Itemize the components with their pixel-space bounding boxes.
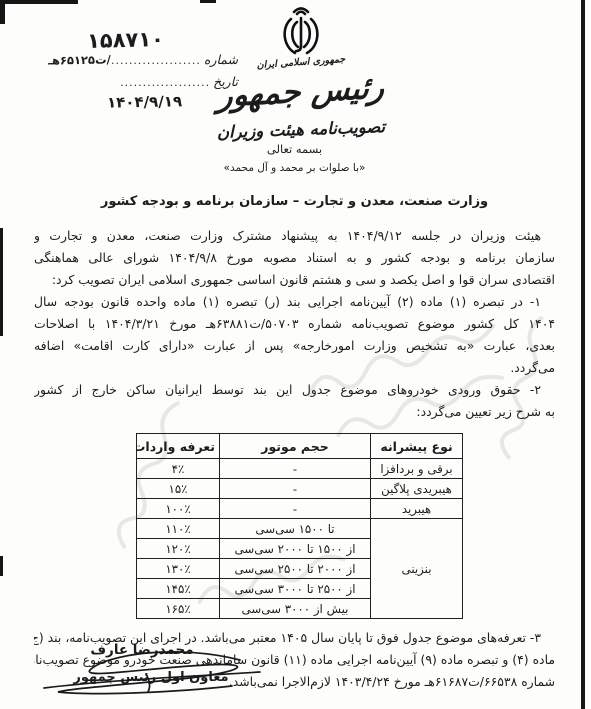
tariff-cell: ۱۳۰٪ bbox=[137, 559, 220, 579]
clause2-line: به شرح زیر تعیین می‌گردد: bbox=[34, 401, 555, 423]
office-title-calligraphy: رئیس جمهور bbox=[194, 68, 409, 115]
col-header-propulsion-type: نوع پیشرانه bbox=[371, 434, 463, 459]
engine-volume-cell: تا ۱۵۰۰ سی‌سی bbox=[220, 519, 371, 539]
tariff-cell: ۱۴۵٪ bbox=[137, 579, 220, 599]
tariff-cell: ۴٪ bbox=[137, 459, 220, 479]
clause2-line: ۲- حقوق ورودی خودروهای موضوع جدول این بن… bbox=[34, 379, 555, 401]
engine-volume-cell: از ۱۵۰۰ تا ۲۰۰۰ سی‌سی bbox=[220, 539, 371, 559]
document-body: بسمه تعالی «با صلوات بر محمد و آل محمد» … bbox=[34, 142, 555, 693]
intro-line: هیئت وزیران در جلسه ۱۴۰۴/۹/۱۲ به پیشنهاد… bbox=[34, 225, 555, 247]
engine-volume-cell: بیش از ۳۰۰۰ سی‌سی bbox=[220, 599, 371, 619]
clause1-line: ۱۴۰۴ کل کشور موضوع تصویب‌نامه شماره ۵۰۷۰… bbox=[34, 313, 555, 335]
engine-volume-cell: از ۲۰۰۰ تا ۲۵۰۰ سی‌سی bbox=[220, 559, 371, 579]
tariff-cell: ۱۲۰٪ bbox=[137, 539, 220, 559]
propulsion-type-cell: هیبریدی پلاگین bbox=[371, 479, 463, 499]
handwritten-number-suffix: /ت۶۵۱۲۵هـ bbox=[48, 52, 111, 67]
col-header-import-tariff: تعرفه واردات bbox=[137, 434, 220, 459]
invocation: بسمه تعالی bbox=[34, 142, 555, 156]
tariff-cell: ۱۱۰٪ bbox=[137, 519, 220, 539]
table-row: برقی و بردافزا - ۴٪ bbox=[137, 459, 463, 479]
clause1-line: ۱- در تبصره (۱) ماده (۲) آیین‌نامه اجرای… bbox=[34, 291, 555, 313]
clause1-line: بعدی، عبارت «به تشخیص وزارت امورخارجه» پ… bbox=[34, 335, 555, 357]
document-type-calligraphy: تصویب‌نامه هیئت وزیران bbox=[195, 116, 408, 142]
scan-edge-left-dash bbox=[0, 228, 3, 336]
scan-edge-right bbox=[581, 0, 585, 709]
iran-national-emblem-icon bbox=[278, 6, 324, 56]
handwritten-ref-number: ۱۵۸۷۱۰ bbox=[87, 27, 165, 53]
signer-name: محمدرضا عارف bbox=[36, 642, 248, 658]
engine-volume-cell: - bbox=[220, 499, 371, 519]
engine-volume-cell: - bbox=[220, 479, 371, 499]
tariff-cell: ۱۵٪ bbox=[137, 479, 220, 499]
intro-line: سازمان برنامه و بودجه کشور و به استناد م… bbox=[34, 247, 555, 269]
number-dotted-line: .................... bbox=[111, 54, 201, 67]
intro-line: اقتصادی سران قوا و اصل یکصد و سی و هشتم … bbox=[34, 269, 555, 291]
propulsion-type-cell: هیبرید bbox=[371, 499, 463, 519]
col-header-engine-volume: حجم موتور bbox=[220, 434, 371, 459]
scan-edge-left-dash bbox=[0, 556, 3, 576]
table-row: هیبرید - ۱۰۰٪ bbox=[137, 499, 463, 519]
table-row: هیبریدی پلاگین - ۱۵٪ bbox=[137, 479, 463, 499]
clause1-line: می‌گردد. bbox=[34, 357, 555, 379]
tariff-cell: ۱۶۵٪ bbox=[137, 599, 220, 619]
signature-block: محمدرضا عارف معاون اول رئیس جمهور bbox=[36, 642, 266, 685]
import-tariff-table: نوع پیشرانه حجم موتور تعرفه واردات برقی … bbox=[136, 433, 463, 619]
addressee-line: وزارت صنعت، معدن و تجارت – سازمان برنامه… bbox=[34, 194, 555, 209]
table-header-row: نوع پیشرانه حجم موتور تعرفه واردات bbox=[137, 434, 463, 459]
signer-title: معاون اول رئیس جمهور bbox=[36, 670, 266, 685]
table-row: بنزینی تا ۱۵۰۰ سی‌سی ۱۱۰٪ bbox=[137, 519, 463, 539]
engine-volume-cell: از ۲۵۰۰ تا ۳۰۰۰ سی‌سی bbox=[220, 579, 371, 599]
propulsion-type-cell: برقی و بردافزا bbox=[371, 459, 463, 479]
scan-edge-left-corner bbox=[0, 0, 5, 24]
tariff-cell: ۱۰۰٪ bbox=[137, 499, 220, 519]
salutation: «با صلوات بر محمد و آل محمد» bbox=[34, 162, 555, 174]
handwritten-date: ۱۴۰۴/۹/۱۹ bbox=[107, 92, 182, 111]
scanned-decree-page: ۱۵۸۷۱۰ شماره .................... /ت۶۵۱۲… bbox=[0, 0, 591, 709]
letterhead: جمهوری اسلامی ایران رئیس جمهور تصویب‌نام… bbox=[195, 6, 407, 139]
propulsion-type-cell-gasoline: بنزینی bbox=[371, 519, 463, 619]
engine-volume-cell: - bbox=[220, 459, 371, 479]
